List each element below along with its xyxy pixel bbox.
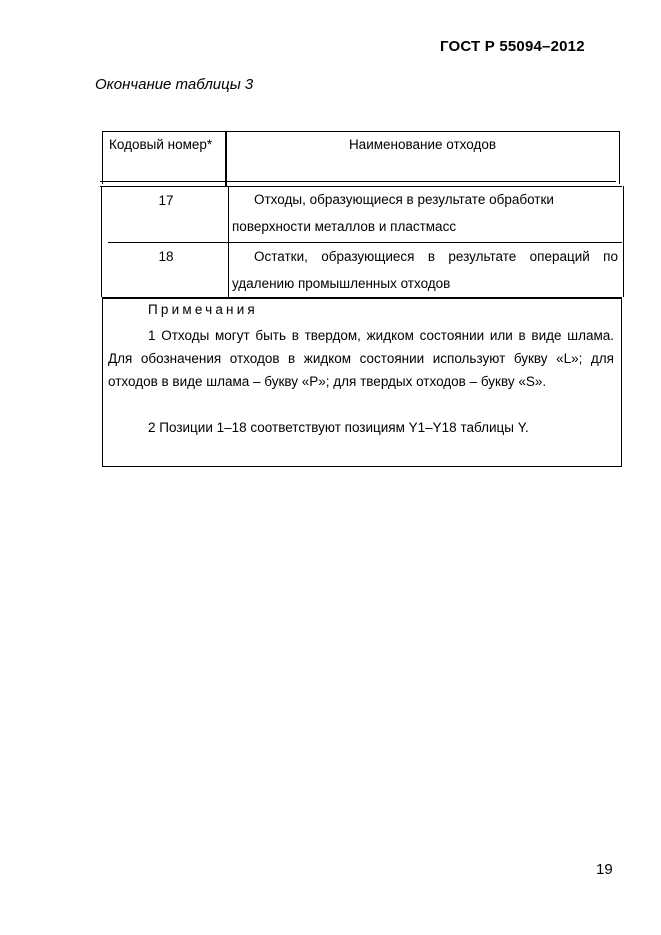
table-row-code: 18 <box>103 249 229 264</box>
table-row-name: Остатки, образующиеся в результате опера… <box>232 243 618 297</box>
table-row-name-line: Остатки, образующиеся в результате опера… <box>232 243 618 270</box>
table-caption: Окончание таблицы 3 <box>95 76 253 93</box>
column-header-name: Наименование отходов <box>227 137 618 152</box>
note-item: 2 Позиции 1–18 соответствуют позициям Y1… <box>108 416 614 439</box>
document-code: ГОСТ Р 55094–2012 <box>440 38 585 55</box>
column-header-code: Кодовый номер* <box>109 137 212 152</box>
table-row-name: Отходы, образующиеся в результате обрабо… <box>232 186 618 240</box>
notes-title: Примечания <box>148 302 258 317</box>
table-row-code: 17 <box>103 193 229 208</box>
table-row-name-line: удалению промышленных отходов <box>232 270 618 297</box>
table-row-name-line: Отходы, образующиеся в результате обрабо… <box>232 186 618 213</box>
table-row-name-line: поверхности металлов и пластмасс <box>232 213 618 240</box>
page-number: 19 <box>596 861 613 878</box>
note-item: 1 Отходы могут быть в твердом, жидком со… <box>108 324 614 393</box>
header-rule <box>100 181 616 182</box>
